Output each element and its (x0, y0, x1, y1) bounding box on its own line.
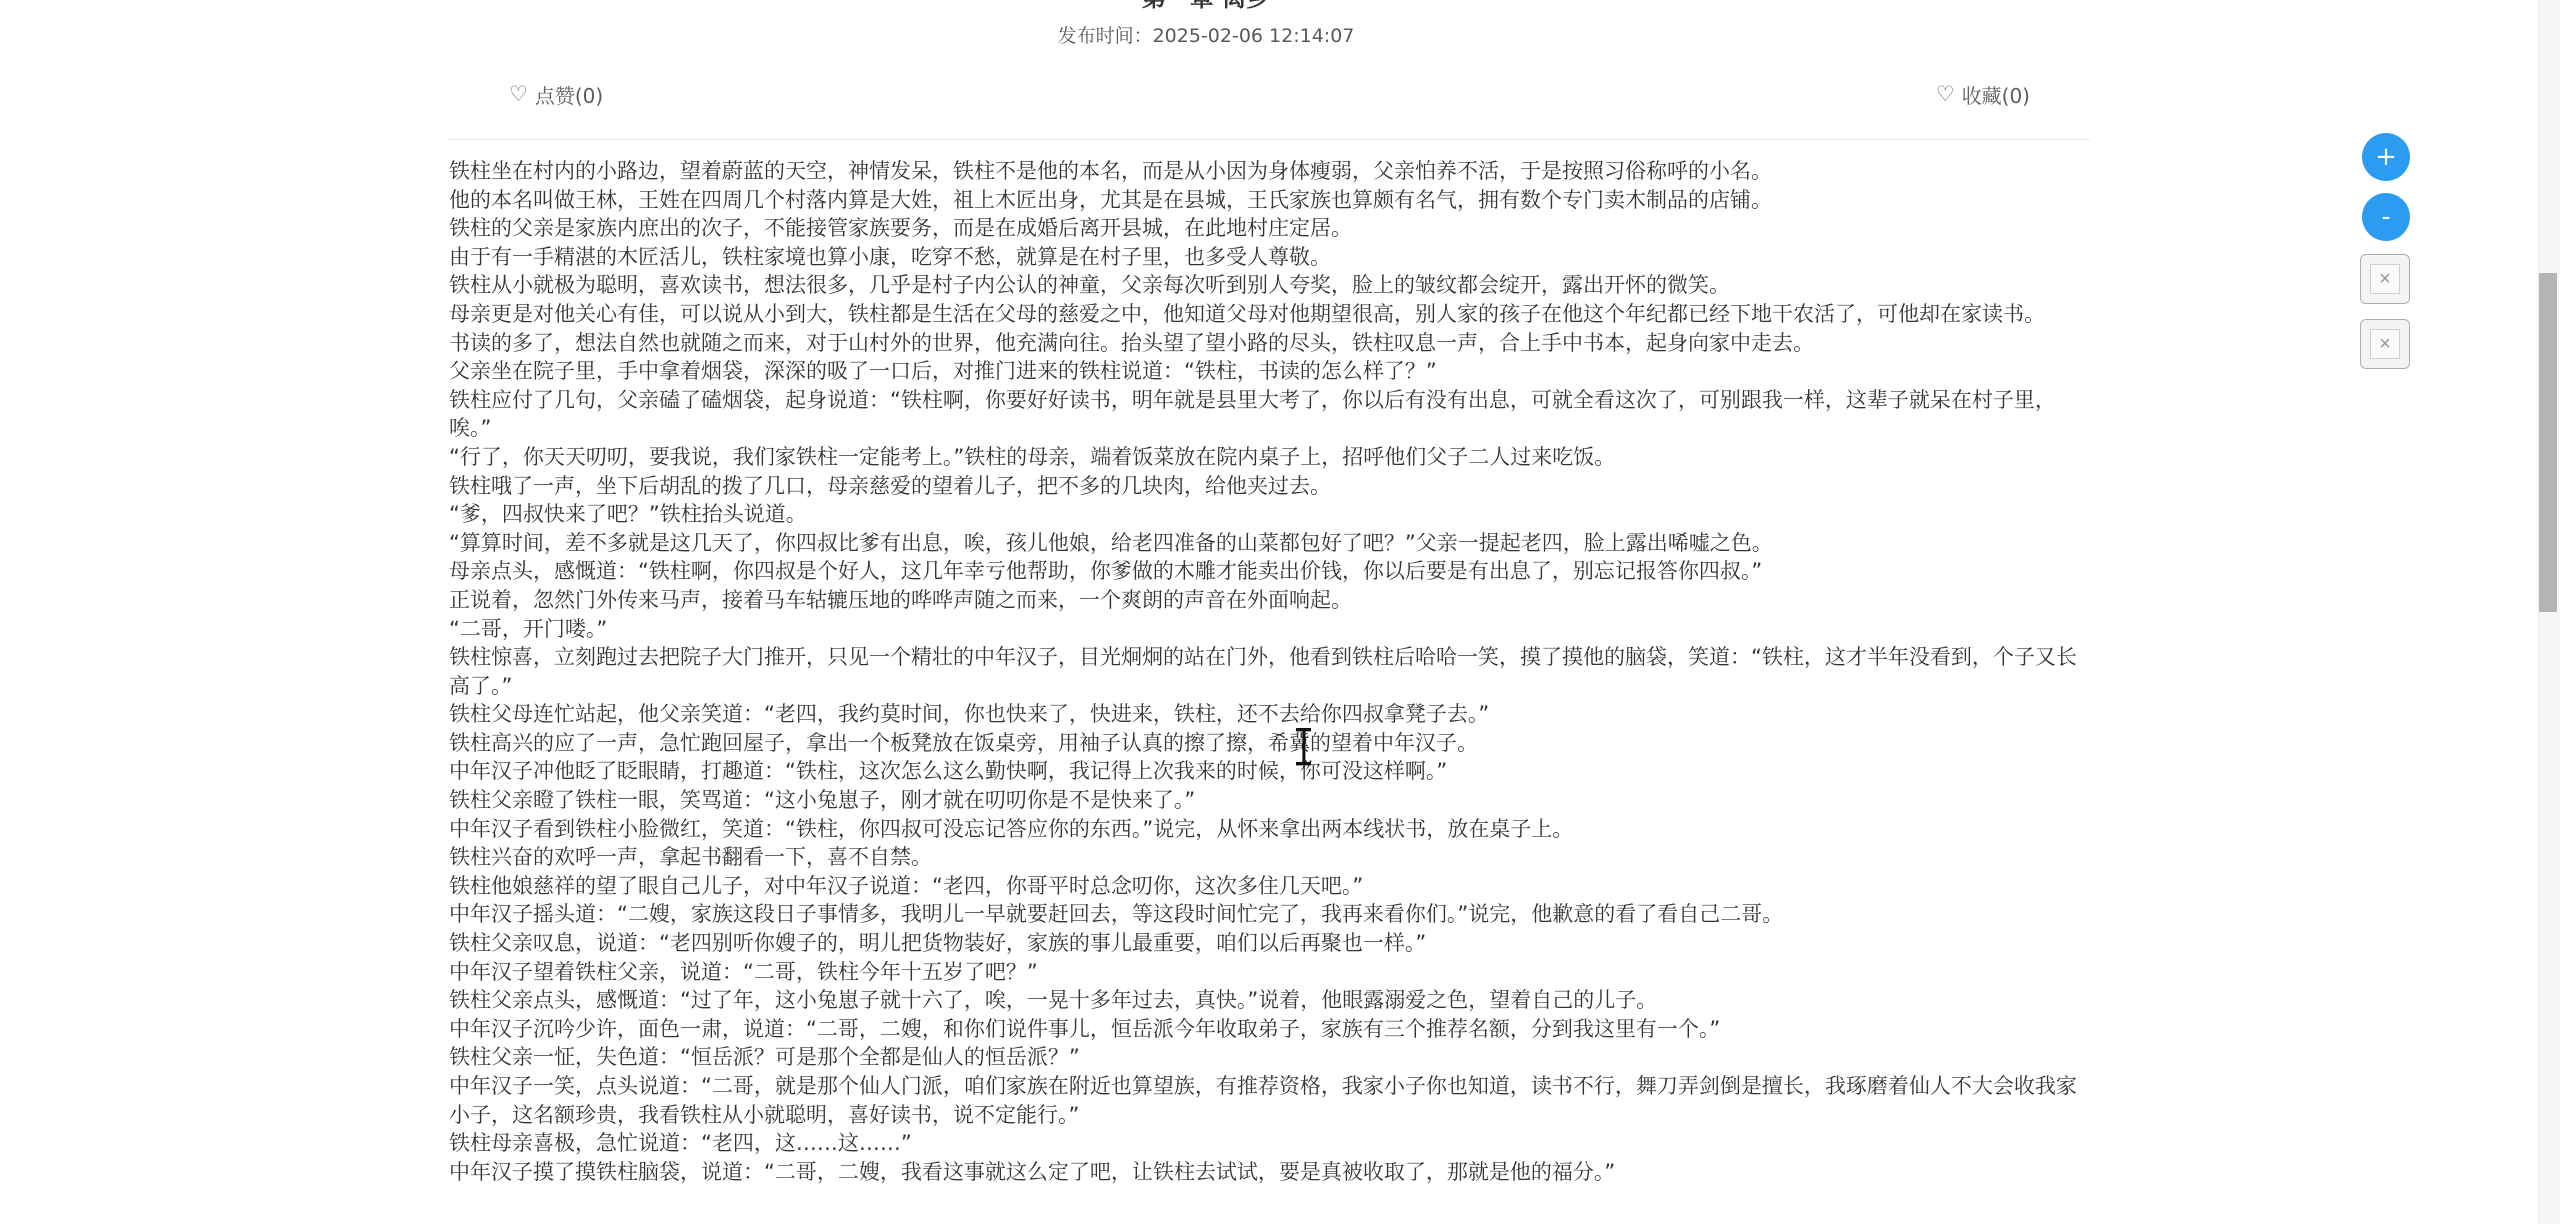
paragraph: 中年汉子望着铁柱父亲，说道：“二哥，铁柱今年十五岁了吧？” (449, 958, 2090, 987)
paragraph: 由于有一手精湛的木匠活儿，铁柱家境也算小康，吃穿不愁，就算是在村子里，也多受人尊… (449, 243, 2090, 272)
paragraph: 铁柱兴奋的欢呼一声，拿起书翻看一下，喜不自禁。 (449, 843, 2090, 872)
broken-image-icon: × (2370, 264, 2400, 294)
paragraph: 铁柱从小就极为聪明，喜欢读书，想法很多，几乎是村子内公认的神童，父亲每次听到别人… (449, 271, 2090, 300)
favorite-label: 收藏(0) (1962, 80, 2030, 109)
paragraph: 铁柱父亲叹息，说道：“老四别听你嫂子的，明儿把货物装好，家族的事儿最重要，咱们以… (449, 929, 2090, 958)
paragraph: 铁柱的父亲是家族内庶出的次子，不能接管家族要务，而是在成婚后离开县城，在此地村庄… (449, 214, 2090, 243)
paragraph: 铁柱父亲点头，感慨道：“过了年，这小兔崽子就十六了，唉，一晃十多年过去，真快。”… (449, 986, 2090, 1015)
paragraph: 母亲更是对他关心有佳，可以说从小到大，铁柱都是生活在父母的慈爱之中，他知道父母对… (449, 300, 2090, 329)
paragraph: 母亲点头，感慨道：“铁柱啊，你四叔是个好人，这几年幸亏他帮助，你爹做的木雕才能卖… (449, 557, 2090, 586)
paragraph: 铁柱父亲瞪了铁柱一眼，笑骂道：“这小兔崽子，刚才就在叨叨你是不是快来了。” (449, 786, 2090, 815)
paragraph: “二哥，开门喽。” (449, 615, 2090, 644)
paragraph: 铁柱他娘慈祥的望了眼自己儿子，对中年汉子说道：“老四，你哥平时总念叨你，这次多住… (449, 872, 2090, 901)
broken-image-icon: × (2370, 329, 2400, 359)
chapter-actions-row: ♡ 点赞(0) ♡ 收藏(0) (449, 76, 2090, 112)
paragraph: 铁柱高兴的应了一声，急忙跑回屋子，拿出一个板凳放在饭桌旁，用袖子认真的擦了擦，希… (449, 729, 2090, 758)
novel-reader-page: 第一章 离乡 发布时间：2025-02-06 12:14:07 ♡ 点赞(0) … (0, 0, 2560, 1224)
like-button[interactable]: ♡ 点赞(0) (509, 80, 603, 109)
paragraph: 中年汉子冲他眨了眨眼睛，打趣道：“铁柱，这次怎么这么勤快啊，我记得上次我来的时候… (449, 757, 2090, 786)
chapter-title: 第一章 离乡 (449, 0, 1963, 14)
paragraph: 中年汉子摇头道：“二嫂，家族这段日子事情多，我明儿一早就要赶回去，等这段时间忙完… (449, 900, 2090, 929)
heart-outline-icon: ♡ (1936, 84, 1955, 105)
paragraph: 正说着，忽然门外传来马声，接着马车轱辘压地的哗哗声随之而来，一个爽朗的声音在外面… (449, 586, 2090, 615)
font-decrease-button[interactable]: - (2362, 193, 2410, 241)
floating-tool-button-broken-image[interactable]: × (2360, 254, 2410, 304)
floating-tool-button-broken-image[interactable]: × (2360, 319, 2410, 369)
paragraph: “算算时间，差不多就是这几天了，你四叔比爹有出息，唉，孩儿他娘，给老四准备的山菜… (449, 529, 2090, 558)
paragraph: 铁柱哦了一声，坐下后胡乱的拨了几口，母亲慈爱的望着儿子，把不多的几块肉，给他夹过… (449, 472, 2090, 501)
paragraph: 中年汉子沉吟少许，面色一肃，说道：“二哥，二嫂，和你们说件事儿，恒岳派今年收取弟… (449, 1015, 2090, 1044)
favorite-button[interactable]: ♡ 收藏(0) (1936, 80, 2030, 109)
scrollbar-track[interactable] (2538, 0, 2560, 1224)
paragraph: 铁柱应付了几句，父亲磕了磕烟袋，起身说道：“铁柱啊，你要好好读书，明年就是县里大… (449, 386, 2090, 443)
chapter-content: 第一章 离乡 发布时间：2025-02-06 12:14:07 ♡ 点赞(0) … (449, 0, 2090, 1186)
paragraph: 铁柱母亲喜极，急忙说道：“老四，这……这……” (449, 1129, 2090, 1158)
paragraph: 铁柱惊喜，立刻跑过去把院子大门推开，只见一个精壮的中年汉子，目光炯炯的站在门外，… (449, 643, 2090, 700)
paragraph: 铁柱父母连忙站起，他父亲笑道：“老四，我约莫时间，你也快来了，快进来，铁柱，还不… (449, 700, 2090, 729)
like-label: 点赞(0) (535, 80, 603, 109)
paragraph: 铁柱父亲一怔，失色道：“恒岳派？可是那个全都是仙人的恒岳派？” (449, 1043, 2090, 1072)
paragraph: 铁柱坐在村内的小路边，望着蔚蓝的天空，神情发呆，铁柱不是他的本名，而是从小因为身… (449, 157, 2090, 186)
paragraph: 他的本名叫做王林，王姓在四周几个村落内算是大姓，祖上木匠出身，尤其是在县城，王氏… (449, 186, 2090, 215)
chapter-header: 第一章 离乡 发布时间：2025-02-06 12:14:07 (449, 0, 1963, 46)
paragraph: 中年汉子摸了摸铁柱脑袋，说道：“二哥，二嫂，我看这事就这么定了吧，让铁柱去试试，… (449, 1158, 2090, 1187)
paragraph: “爹，四叔快来了吧？”铁柱抬头说道。 (449, 500, 2090, 529)
paragraph: “行了，你天天叨叨，要我说，我们家铁柱一定能考上。”铁柱的母亲，端着饭菜放在院内… (449, 443, 2090, 472)
paragraph: 中年汉子看到铁柱小脸微红，笑道：“铁柱，你四叔可没忘记答应你的东西。”说完，从怀… (449, 815, 2090, 844)
heart-outline-icon: ♡ (509, 84, 528, 105)
publish-time: 发布时间：2025-02-06 12:14:07 (449, 26, 1963, 46)
paragraph: 中年汉子一笑，点头说道：“二哥，就是那个仙人门派，咱们家族在附近也算望族，有推荐… (449, 1072, 2090, 1129)
paragraph: 书读的多了，想法自然也就随之而来，对于山村外的世界，他充满向往。抬头望了望小路的… (449, 329, 2090, 358)
font-increase-button[interactable]: + (2362, 133, 2410, 181)
paragraph: 父亲坐在院子里，手中拿着烟袋，深深的吸了一口后，对推门进来的铁柱说道：“铁柱，书… (449, 357, 2090, 386)
scrollbar-thumb[interactable] (2539, 273, 2557, 612)
chapter-text: 铁柱坐在村内的小路边，望着蔚蓝的天空，神情发呆，铁柱不是他的本名，而是从小因为身… (449, 140, 2090, 1186)
